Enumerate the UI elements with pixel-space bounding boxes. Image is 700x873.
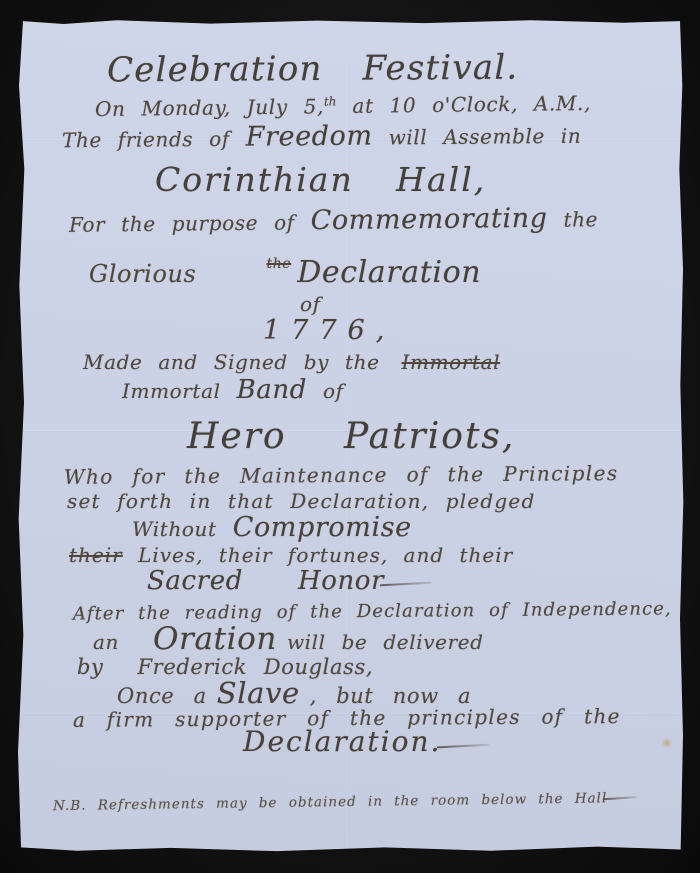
- assembly-post-text: will Assemble in: [373, 124, 582, 150]
- slave-pre-text: Once a: [117, 684, 207, 708]
- oration-pre-text: an: [93, 630, 119, 654]
- assembly-pre-text: The friends of: [62, 127, 246, 153]
- maintenance-line: Who for the Maintenance of the Principle…: [64, 461, 619, 489]
- venue-text: Corinthian Hall,: [155, 160, 486, 199]
- paper-stain: [662, 737, 672, 749]
- flourish-stroke: [603, 796, 637, 800]
- honor-word: Honor: [298, 566, 384, 596]
- oration-line: anOrationwill be delivered: [93, 621, 484, 657]
- struck-word-their: their: [69, 543, 123, 567]
- date-time-text: at 10 o'Clock, A.M.,: [336, 91, 591, 118]
- declaration-word: Declaration: [297, 255, 481, 290]
- pledged-line: set forth in that Declaration, pledged: [67, 489, 535, 513]
- signed-pre-text: Made and Signed by the: [83, 350, 396, 374]
- band-word: Band: [237, 375, 307, 405]
- document-paper: Celebration Festival. On Monday, July 5,…: [17, 19, 684, 852]
- of-line: of: [300, 292, 321, 316]
- purpose-line: For the purpose of Commemorating the: [69, 202, 598, 239]
- date-ordinal-suffix: th: [324, 94, 337, 108]
- of-word: of: [300, 292, 321, 316]
- commemorating-word: Commemorating: [310, 203, 547, 236]
- lives-line: their Lives, their fortunes, and their: [69, 543, 513, 567]
- lives-text: Lives, their fortunes, and their: [123, 543, 514, 567]
- date-line: On Monday, July 5,th at 10 o'Clock, A.M.…: [95, 91, 591, 121]
- heroes-line: Hero Patriots,: [187, 416, 515, 457]
- band-post-text: of: [323, 379, 344, 403]
- compromise-line: WithoutCompromise: [132, 512, 412, 543]
- honor-line: SacredHonor: [147, 566, 432, 596]
- signed-line: Made and Signed by the Immortal: [83, 350, 500, 374]
- band-pre-text: Immortal: [122, 379, 221, 403]
- pledged-text: set forth in that Declaration, pledged: [67, 489, 535, 513]
- compromise-word: Compromise: [233, 512, 412, 543]
- footnote-text: N.B. Refreshments may be obtained in the…: [53, 790, 607, 814]
- oration-word: Oration: [153, 621, 277, 657]
- flourish-stroke: [437, 744, 489, 749]
- assembly-line: The friends of Freedom will Assemble in: [62, 119, 582, 155]
- by-word: by: [77, 655, 104, 679]
- heroes-text: Hero Patriots,: [187, 416, 515, 457]
- closing-line: Declaration.: [243, 725, 489, 758]
- without-word: Without: [132, 517, 217, 541]
- footnote-line: N.B. Refreshments may be obtained in the…: [53, 790, 637, 814]
- purpose-pre-text: For the purpose of: [69, 210, 311, 237]
- glorious-line: GlorioustheDeclaration: [89, 255, 481, 290]
- closing-text: Declaration.: [243, 725, 441, 758]
- title-line: Celebration Festival.: [107, 48, 519, 91]
- glorious-word: Glorious: [89, 260, 196, 288]
- freedom-word: Freedom: [246, 121, 373, 153]
- struck-word-immortal: Immortal: [402, 350, 501, 374]
- band-line: ImmortalBandof: [122, 375, 344, 405]
- year-line: 1776,: [263, 315, 395, 346]
- maintenance-text: Who for the Maintenance of the Principle…: [64, 461, 619, 489]
- slave-word: Slave: [217, 676, 300, 710]
- flourish-stroke: [380, 582, 432, 587]
- venue-line: Corinthian Hall,: [155, 160, 486, 199]
- date-text: On Monday, July 5,: [95, 94, 324, 121]
- sacred-word: Sacred: [147, 566, 243, 596]
- year-text: 1776,: [263, 315, 395, 346]
- title-text: Celebration Festival.: [107, 48, 519, 91]
- struck-word-the: the: [266, 256, 291, 272]
- purpose-post-text: the: [547, 207, 598, 232]
- oration-post-text: will be delivered: [287, 630, 484, 654]
- scan-background: Celebration Festival. On Monday, July 5,…: [0, 0, 700, 873]
